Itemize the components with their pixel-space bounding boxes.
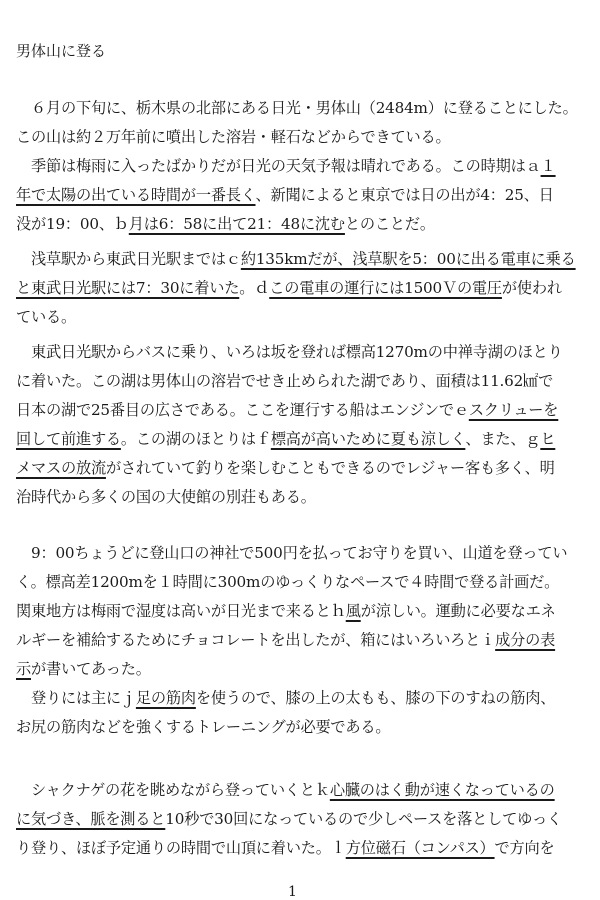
text-segment: く。標高差1200mを１時間に300mのゆっくりなペースで４時間で登る計画だ。 bbox=[16, 573, 559, 591]
underlined-phrase: と東武日光駅には7：30に着いた bbox=[16, 279, 239, 297]
text-line: ６月の下旬に、栃木県の北部にある日光・男体山（2484m）に登ることにした。 bbox=[16, 97, 588, 119]
text-segment: 没が19：00、ｂ bbox=[16, 215, 129, 233]
text-line: ルギーを補給するためにチョコレートを出したが、箱にはいろいろとｉ成分の表 bbox=[16, 629, 588, 651]
text-line: 季節は梅雨に入ったばかりだが日光の天気予報は晴れである。この時期はａ１ bbox=[16, 155, 588, 177]
text-segment: ６月の下旬に、栃木県の北部にある日光・男体山（2484m）に登ることにした。 bbox=[16, 99, 578, 117]
text-line: 回して前進する。この湖のほとりはｆ標高が高いために夏も涼しく、また、ｇヒ bbox=[16, 428, 588, 450]
text-segment: 、新聞によると東京では日の出が4：25、日 bbox=[256, 186, 554, 204]
underlined-phrase: 標高が高いために夏も涼しく bbox=[271, 430, 466, 448]
text-segment: ルギーを補給するためにチョコレートを出したが、箱にはいろいろとｉ bbox=[16, 631, 495, 649]
text-line: に気づき、脈を測ると10秒で30回になっているので少しペースを落としてゆっく bbox=[16, 808, 588, 830]
text-segment: が涼しい。運動に必要なエネ bbox=[361, 602, 556, 620]
text-line: 東武日光駅からバスに乗り、いろは坂を登れば標高1270mの中禅寺湖のほとり bbox=[16, 341, 588, 363]
text-line: に着いた。この湖は男体山の溶岩でせき止められた湖であり、面積は11.62㎢で bbox=[16, 370, 588, 392]
text-segment: シャクナゲの花を眺めながら登っていくとｋ bbox=[16, 781, 330, 799]
text-line: 9：00ちょうどに登山口の神社で500円を払ってお守りを買い、山道を登ってい bbox=[16, 542, 588, 564]
underlined-phrase: 年で太陽の出ている時間が一番長く bbox=[16, 186, 256, 204]
text-segment: 季節は梅雨に入ったばかりだが日光の天気予報は晴れである。この時期はａ bbox=[16, 157, 541, 175]
underlined-phrase: 足の筋肉 bbox=[136, 689, 196, 707]
text-segment: がされていて釣りを楽しむこともできるのでレジャー客も多く、明 bbox=[106, 459, 555, 477]
text-segment: お尻の筋肉などを強くするトレーニングが必要である。 bbox=[16, 718, 390, 736]
underlined-phrase: 月は6：58に出て21：48に沈む bbox=[129, 215, 345, 233]
text-segment: に着いた。この湖は男体山の溶岩でせき止められた湖であり、面積は11.62㎢で bbox=[16, 372, 553, 390]
text-segment: 。ｄ bbox=[239, 279, 269, 297]
text-line: シャクナゲの花を眺めながら登っていくとｋ心臓のはく動が速くなっているの bbox=[16, 779, 588, 801]
text-line: お尻の筋肉などを強くするトレーニングが必要である。 bbox=[16, 716, 588, 738]
text-line: 登りには主にｊ足の筋肉を使うので、膝の上の太もも、膝の下のすねの筋肉、 bbox=[16, 687, 588, 709]
text-line: り登り、ほぼ予定通りの時間で山頂に着いた。ｌ方位磁石（コンパス）で方向を bbox=[16, 837, 588, 859]
text-segment: で方向を bbox=[495, 839, 555, 857]
underlined-phrase: 回して前進する bbox=[16, 430, 121, 448]
underlined-phrase: 約135kmだが、浅草駅を5：00に出る電車に乗る bbox=[241, 250, 576, 268]
underlined-phrase: スクリューを bbox=[469, 401, 558, 419]
underlined-phrase: に気づき、脈を測ると bbox=[16, 810, 165, 828]
text-segment: 。この湖のほとりはｆ bbox=[121, 430, 271, 448]
underlined-phrase: 方位磁石（コンパス） bbox=[346, 839, 495, 857]
text-segment: この山は約２万年前に噴出した溶岩・軽石などからできている。 bbox=[16, 128, 451, 146]
text-line: この山は約２万年前に噴出した溶岩・軽石などからできている。 bbox=[16, 126, 588, 148]
text-line: メマスの放流がされていて釣りを楽しむこともできるのでレジャー客も多く、明 bbox=[16, 457, 588, 479]
underlined-phrase: 心臓のはく動が速くなっているの bbox=[330, 781, 555, 799]
text-segment: 治時代から多くの国の大使館の別荘もある。 bbox=[16, 488, 316, 506]
page-number: 1 bbox=[288, 884, 297, 900]
underlined-phrase: １ bbox=[541, 157, 556, 175]
text-segment: 9：00ちょうどに登山口の神社で500円を払ってお守りを買い、山道を登ってい bbox=[16, 544, 567, 562]
text-segment: り登り、ほぼ予定通りの時間で山頂に着いた。ｌ bbox=[16, 839, 346, 857]
text-line: 日本の湖で25番目の広さである。ここを運行する船はエンジンでｅスクリューを bbox=[16, 399, 588, 421]
underlined-phrase: 示 bbox=[16, 660, 31, 678]
text-line: く。標高差1200mを１時間に300mのゆっくりなペースで４時間で登る計画だ。 bbox=[16, 571, 588, 593]
text-segment: が使われ bbox=[502, 279, 562, 297]
text-segment: 東武日光駅からバスに乗り、いろは坂を登れば標高1270mの中禅寺湖のほとり bbox=[16, 343, 563, 361]
text-segment: 関東地方は梅雨で湿度は高いが日光まで来るとｈ bbox=[16, 602, 346, 620]
text-segment: とのことだ。 bbox=[345, 215, 435, 233]
text-segment: が書いてあった。 bbox=[31, 660, 151, 678]
text-line: 年で太陽の出ている時間が一番長く、新聞によると東京では日の出が4：25、日 bbox=[16, 184, 588, 206]
underlined-phrase: 成分の表 bbox=[495, 631, 555, 649]
underlined-phrase: ヒ bbox=[540, 430, 555, 448]
text-segment: 浅草駅から東武日光駅まではｃ bbox=[16, 250, 241, 268]
text-segment: ている。 bbox=[16, 308, 76, 326]
text-segment: 10秒で30回になっているので少しペースを落としてゆっく bbox=[165, 810, 562, 828]
text-line: 没が19：00、ｂ月は6：58に出て21：48に沈むとのことだ。 bbox=[16, 213, 588, 235]
text-line: 関東地方は梅雨で湿度は高いが日光まで来るとｈ風が涼しい。運動に必要なエネ bbox=[16, 600, 588, 622]
text-segment: 、また、ｇ bbox=[465, 430, 540, 448]
text-line: と東武日光駅には7：30に着いた。ｄこの電車の運行には1500Ｖの電圧が使われ bbox=[16, 277, 588, 299]
underlined-phrase: メマスの放流 bbox=[16, 459, 106, 477]
document-page: 男体山に登る ６月の下旬に、栃木県の北部にある日光・男体山（2484m）に登るこ… bbox=[0, 0, 600, 900]
text-segment: を使うので、膝の上の太もも、膝の下のすねの筋肉、 bbox=[196, 689, 555, 707]
text-segment: 日本の湖で25番目の広さである。ここを運行する船はエンジンでｅ bbox=[16, 401, 469, 419]
document-title: 男体山に登る bbox=[16, 40, 106, 61]
underlined-phrase: 風 bbox=[346, 602, 361, 620]
text-line: 浅草駅から東武日光駅まではｃ約135kmだが、浅草駅を5：00に出る電車に乗る bbox=[16, 248, 588, 270]
text-segment: 登りには主にｊ bbox=[16, 689, 136, 707]
underlined-phrase: この電車の運行には1500Ｖの電圧 bbox=[269, 279, 502, 297]
text-line: 治時代から多くの国の大使館の別荘もある。 bbox=[16, 486, 588, 508]
text-line: ている。 bbox=[16, 306, 588, 328]
text-line: 示が書いてあった。 bbox=[16, 658, 588, 680]
